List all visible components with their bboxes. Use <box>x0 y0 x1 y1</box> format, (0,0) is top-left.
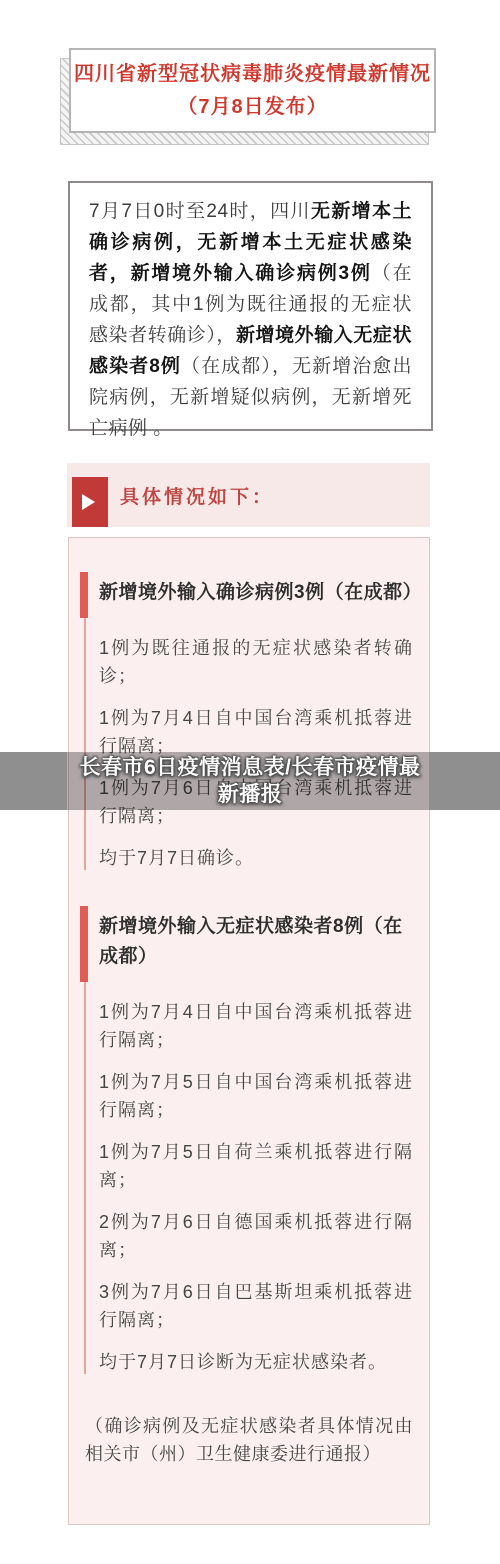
summary-card: 7月7日0时至24时，四川无新增本土确诊病例，无新增本土无症状感染者，新增境外输… <box>68 181 433 431</box>
case-item: 1例为7月5日自荷兰乘机抵蓉进行隔离； <box>99 1138 413 1194</box>
watermark-banner: 长春市6日疫情消息表/长春市疫情最新播报 <box>0 752 500 810</box>
title-card: 四川省新型冠状病毒肺炎疫情最新情况 （7月8日发布） <box>60 48 437 144</box>
case-item: 均于7月7日确诊。 <box>99 844 413 872</box>
page-title-line1: 四川省新型冠状病毒肺炎疫情最新情况 <box>74 58 431 91</box>
detail-note: （确诊病例及无症状感染者具体情况由相关市（州）卫生健康委进行通报） <box>83 1412 413 1468</box>
case-group-heading: 新增境外输入无症状感染者8例（在成都） <box>99 912 413 972</box>
case-item: 2例为7月6日自德国乘机抵蓉进行隔离； <box>99 1208 413 1264</box>
case-item: 1例为7月4日自中国台湾乘机抵蓉进行隔离； <box>99 998 413 1054</box>
play-badge <box>72 477 108 527</box>
summary-text: 7月7日0时至24时，四川无新增本土确诊病例，无新增本土无症状感染者，新增境外输… <box>89 196 412 444</box>
case-group: 新增境外输入确诊病例3例（在成都）1例为既往通报的无症状感染者转确诊；1例为7月… <box>83 578 413 872</box>
section-header: 具体情况如下： <box>67 463 430 527</box>
case-item: 1例为7月5日自中国台湾乘机抵蓉进行隔离； <box>99 1068 413 1124</box>
detail-groups: 新增境外输入确诊病例3例（在成都）1例为既往通报的无症状感染者转确诊；1例为7月… <box>83 578 413 1376</box>
page-title-line2: （7月8日发布） <box>177 91 327 124</box>
title-card-box: 四川省新型冠状病毒肺炎疫情最新情况 （7月8日发布） <box>69 48 436 133</box>
infographic-page: 四川省新型冠状病毒肺炎疫情最新情况 （7月8日发布） 7月7日0时至24时，四川… <box>0 0 500 1564</box>
case-group-heading: 新增境外输入确诊病例3例（在成都） <box>99 578 413 608</box>
case-item: 均于7月7日诊断为无症状感染者。 <box>99 1348 413 1376</box>
play-triangle-icon <box>82 494 95 510</box>
case-item: 1例为既往通报的无症状感染者转确诊； <box>99 634 413 690</box>
summary-segment: 7月7日0时至24时，四川 <box>89 201 311 222</box>
detail-card: 新增境外输入确诊病例3例（在成都）1例为既往通报的无症状感染者转确诊；1例为7月… <box>68 537 430 1525</box>
section-header-label: 具体情况如下： <box>120 463 274 527</box>
case-group: 新增境外输入无症状感染者8例（在成都）1例为7月4日自中国台湾乘机抵蓉进行隔离；… <box>83 912 413 1376</box>
watermark-text: 长春市6日疫情消息表/长春市疫情最新播报 <box>0 752 500 810</box>
case-item: 3例为7月6日自巴基斯坦乘机抵蓉进行隔离； <box>99 1278 413 1334</box>
